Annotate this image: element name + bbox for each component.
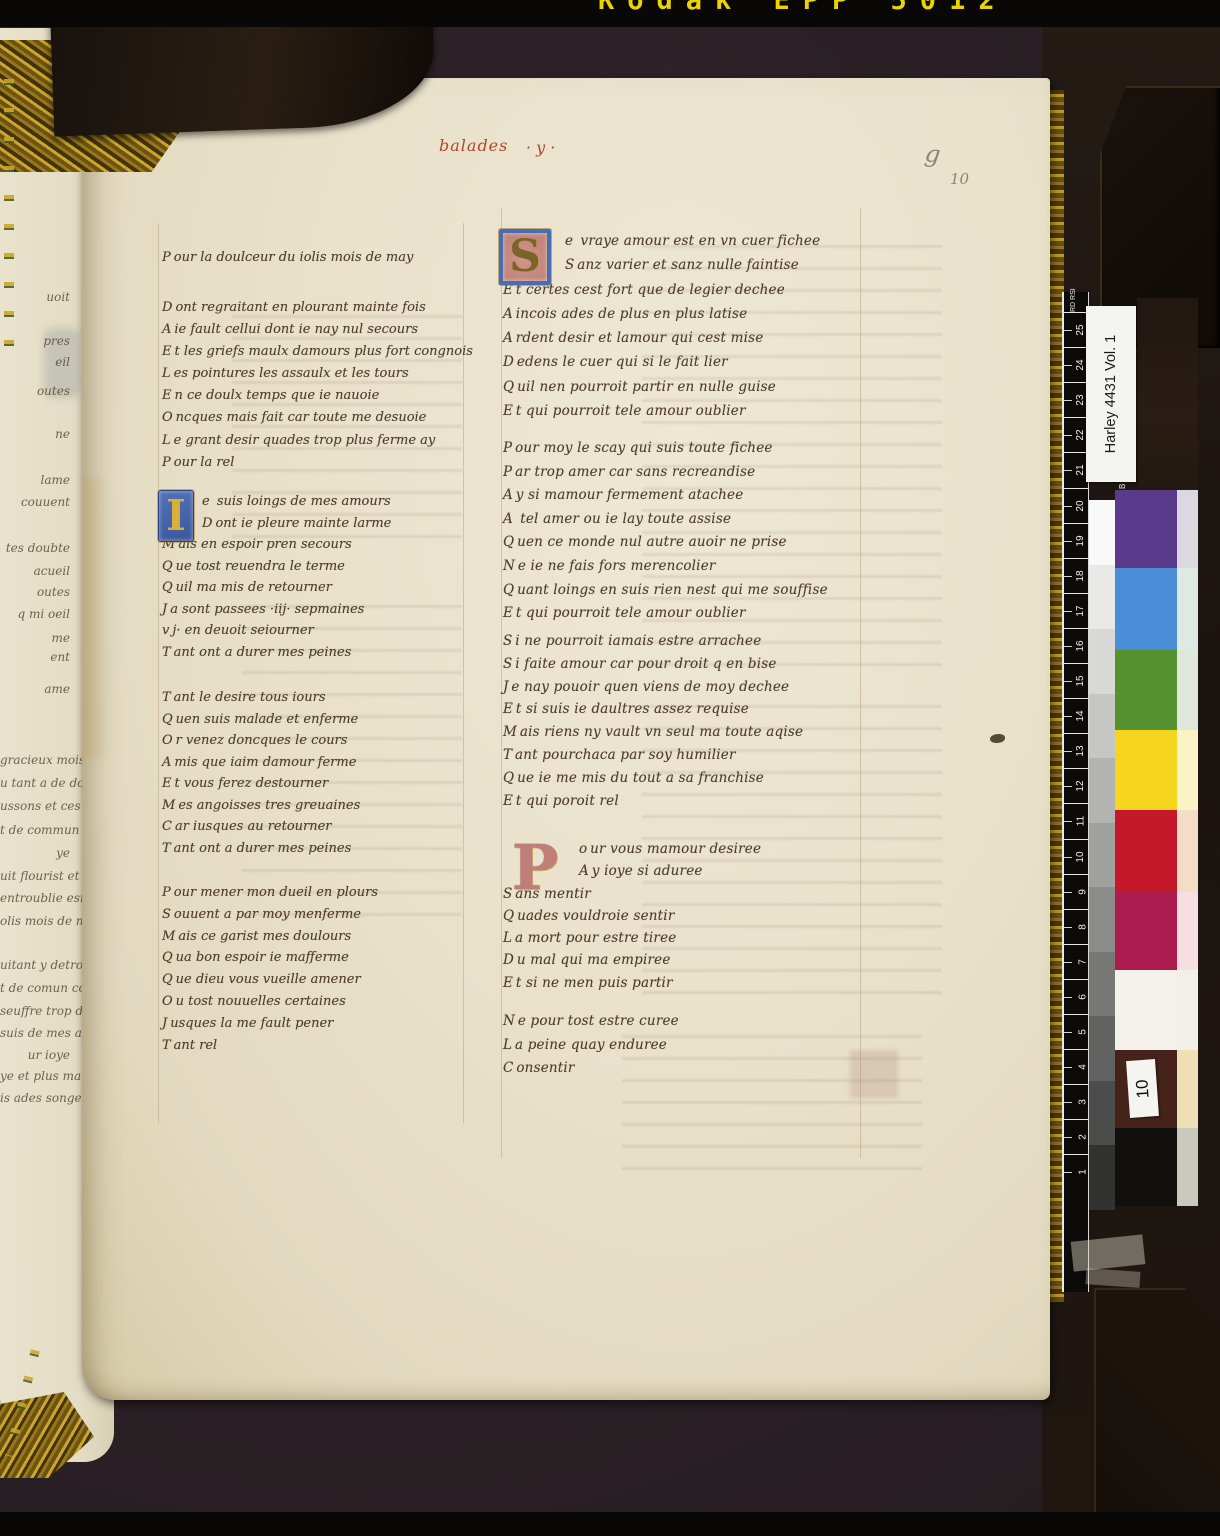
folio-number: 10 xyxy=(950,170,969,188)
ruler-cm-cell: 18 xyxy=(1064,558,1088,593)
verse-line: Or venez doncques le cours xyxy=(162,733,360,755)
tint-patch-green xyxy=(1177,650,1198,730)
color-patch-crimson xyxy=(1115,892,1177,970)
color-patch-green xyxy=(1115,650,1177,730)
calibration-ruler: RD RSI 252423222120191817161514131211109… xyxy=(1062,292,1089,1292)
page-fragment: ussons et ces bois xyxy=(0,799,70,813)
page-fragment: q mi oeil xyxy=(0,607,70,621)
color-patch-blue xyxy=(1115,568,1177,650)
verse-line: Quil nen pourroit partir en nulle guise xyxy=(503,379,820,403)
verse-line: Je nay pouoir quen viens de moy dechee xyxy=(503,679,803,702)
ruler-cm-cell: 10 xyxy=(1064,839,1088,874)
ruler-number: 22 xyxy=(1075,430,1086,441)
verse-line: Jusques la me fault pener xyxy=(162,1016,378,1038)
page-fragment: is ades songes amay xyxy=(0,1091,70,1105)
ruler-cm-cell: 20 xyxy=(1064,488,1088,523)
verse-line: Et qui poroit rel xyxy=(503,793,803,816)
ruler-cm-cell: 24 xyxy=(1064,347,1088,382)
verse-line: En ce doulx temps que ie nauoie xyxy=(162,388,473,410)
stanza: Dont regraitant en plourant mainte foisA… xyxy=(162,300,473,477)
verse-line: Si faite amour car pour droit q en bise xyxy=(503,656,803,679)
tint-patch-white xyxy=(1177,970,1198,1050)
ruler-number: 13 xyxy=(1075,746,1086,757)
verse-line: Et certes cest fort que de legier dechee xyxy=(503,282,820,306)
calibration-dark-patch xyxy=(1137,298,1198,492)
page-fragment: outes xyxy=(0,384,70,398)
verse-line: La peine quay enduree xyxy=(503,1037,679,1061)
page-fragment: uitant y detrois xyxy=(0,958,70,972)
verse-line: Et si ne men puis partir xyxy=(503,975,761,997)
verse-line: Aincois ades de plus en plus latise xyxy=(503,306,820,330)
ruler-number: 3 xyxy=(1078,1099,1089,1105)
page-fragment: outes xyxy=(0,585,70,599)
grayscale-step xyxy=(1089,887,1115,952)
verse-line: Consentir xyxy=(503,1060,679,1084)
verse-line: Si ne pourroit iamais estre arrachee xyxy=(503,633,803,656)
tint-patch-black xyxy=(1177,1128,1198,1206)
verse-line: Dont ie pleure mainte larme xyxy=(162,516,391,538)
shelfmark-text: Harley 4431 Vol. 1 xyxy=(1103,335,1119,454)
page-fragment: couuent xyxy=(0,495,70,509)
ruler-cm-cell: 11 xyxy=(1064,803,1088,838)
ruler-cm-cell: 16 xyxy=(1064,628,1088,663)
illuminated-initial-S: S xyxy=(499,229,551,285)
verse-line: Tant pourchaca par soy humilier xyxy=(503,747,803,770)
ruler-cm-cell: 23 xyxy=(1064,382,1088,417)
verse-line: Dont regraitant en plourant mainte fois xyxy=(162,300,473,322)
ruler-number: 11 xyxy=(1075,816,1086,826)
grayscale-step xyxy=(1089,694,1115,759)
verse-line: Quant loings en suis rien nest qui me so… xyxy=(503,582,828,606)
ruler-number: 7 xyxy=(1078,959,1089,965)
stanza: Tant le desire tous ioursQuen suis malad… xyxy=(162,690,360,862)
tint-patches xyxy=(1177,490,1198,1206)
verse-line: Car iusques au retourner xyxy=(162,819,360,841)
ruler-cm-cell: 19 xyxy=(1064,523,1088,558)
stanza: Pour vous mamour desireeAy ioye si adure… xyxy=(503,841,761,997)
quire-mark: g xyxy=(923,139,942,169)
gutter-stain xyxy=(82,478,110,758)
page-fragment: olis mois de may xyxy=(0,914,70,928)
cover-plaque-bottom xyxy=(1094,1288,1220,1514)
ruler-cm-cell: 3 xyxy=(1064,1084,1088,1119)
verse-line: Mais en espoir pren secours xyxy=(162,537,391,559)
film-strip-bottom xyxy=(0,1512,1220,1536)
page-fragment: ur ioye xyxy=(0,1048,70,1062)
bar-mark-b: B xyxy=(1118,477,1130,489)
tint-patch-red xyxy=(1177,810,1198,892)
verse-line: vj· en deuoit seiourner xyxy=(162,623,391,645)
illuminated-initial-P: P xyxy=(499,837,571,903)
verse-line: Mes angoisses tres greuaines xyxy=(162,798,360,820)
ruler-header: RD RSI xyxy=(1070,292,1086,312)
stanza: Ie suis loings de mes amoursDont ie pleu… xyxy=(162,494,391,666)
stanza: Ne pour tost estre cureeLa peine quay en… xyxy=(503,1013,679,1084)
page-fragment: eil xyxy=(0,355,70,369)
ruler-number: 25 xyxy=(1075,324,1086,335)
stanza: Pour la doulceur du iolis mois de may xyxy=(162,250,413,272)
verse-line: Pour mener mon dueil en plours xyxy=(162,885,378,907)
ruler-number: 20 xyxy=(1075,500,1086,511)
ruler-cm-cell: 21 xyxy=(1064,452,1088,487)
film-edge-code: Kodak EPP 5012 xyxy=(598,0,1058,16)
verse-line: Qua bon espoir ie mafferme xyxy=(162,950,378,972)
ruler-cm-cell: 12 xyxy=(1064,768,1088,803)
page-fragment: acueil xyxy=(0,564,70,578)
ruler-number: 10 xyxy=(1075,851,1086,862)
verse-line: Aie fault cellui dont ie nay nul secours xyxy=(162,322,473,344)
ruler-number: 2 xyxy=(1078,1135,1089,1141)
tint-patch-yellow xyxy=(1177,730,1198,810)
ruler-number: 5 xyxy=(1078,1029,1089,1035)
ruler-cm-cell: 7 xyxy=(1064,944,1088,979)
ruler-cm-cell: 15 xyxy=(1064,663,1088,698)
ruler-cm-cell: 13 xyxy=(1064,733,1088,768)
ruler-number: 21 xyxy=(1075,465,1086,476)
ruler-number: 14 xyxy=(1075,711,1086,722)
rubric-title: balades xyxy=(439,136,508,155)
verse-line: Amis que iaim damour ferme xyxy=(162,755,360,777)
tint-patch-blue xyxy=(1177,568,1198,650)
stanza: Si ne pourroit iamais estre arracheeSi f… xyxy=(503,633,803,815)
page-fragment: ent xyxy=(0,650,70,664)
ruler-cm-cell: 14 xyxy=(1064,698,1088,733)
grayscale-step xyxy=(1089,952,1115,1017)
manuscript-page: balades · y · g 10 Pour la doulceur du i… xyxy=(82,78,1050,1400)
grayscale-step xyxy=(1089,758,1115,823)
ink-blot xyxy=(990,734,1005,743)
verse-line: Que dieu vous vueille amener xyxy=(162,972,378,994)
verse-line: Et vous ferez destourner xyxy=(162,776,360,798)
verse-line: Que ie me mis du tout a sa franchise xyxy=(503,770,803,793)
tint-patch-crimson xyxy=(1177,892,1198,970)
page-fragment: t de commun cours xyxy=(0,823,70,837)
page-fragment: ame xyxy=(0,682,70,696)
folio-slate-label: 10 xyxy=(1126,1059,1159,1118)
film-strip-top: Kodak EPP 5012 xyxy=(0,0,1220,27)
ruler-number: 1 xyxy=(1078,1170,1089,1176)
verse-line: Le grant desir quades trop plus ferme ay xyxy=(162,433,473,455)
ruler-cm-cell: 1 xyxy=(1064,1154,1088,1189)
color-patch-white xyxy=(1115,970,1177,1050)
ruler-number: 12 xyxy=(1075,781,1086,792)
page-fragment: ne xyxy=(0,427,70,441)
tint-patch-brown xyxy=(1177,1050,1198,1128)
verse-line: Dedens le cuer qui si le fait lier xyxy=(503,354,820,378)
verse-line: Quades vouldroie sentir xyxy=(503,908,761,930)
verse-line: Du mal qui ma empiree xyxy=(503,952,761,974)
verse-line: Quen suis malade et enferme xyxy=(162,712,360,734)
ruler-number: 17 xyxy=(1075,605,1086,616)
ruler-cm-cell: 9 xyxy=(1064,874,1088,909)
verse-line: Par trop amer car sans recreandise xyxy=(503,464,828,488)
rubric-number: · y · xyxy=(526,138,555,157)
ruling-line xyxy=(158,223,159,1123)
ruler-cm-cell: 2 xyxy=(1064,1119,1088,1154)
ruler-cm-cell: 22 xyxy=(1064,417,1088,452)
grayscale-step xyxy=(1089,1016,1115,1081)
verse-line: Les pointures les assaulx et les tours xyxy=(162,366,473,388)
page-fragment: tes doubte xyxy=(0,541,70,555)
color-patch-yellow xyxy=(1115,730,1177,810)
verse-line: Ay si mamour fermement atachee xyxy=(503,487,828,511)
ruler-number: 9 xyxy=(1078,889,1089,895)
ruler-number: 16 xyxy=(1075,640,1086,651)
page-fragment: suis de mes amors xyxy=(0,1026,70,1040)
stanza: Se vraye amour est en vn cuer ficheeSanz… xyxy=(503,233,820,427)
ruler-number: 23 xyxy=(1075,395,1086,406)
ruler-cm-cell: 6 xyxy=(1064,979,1088,1014)
page-fragment: ye et plus mauoye xyxy=(0,1069,70,1083)
verse-line: La mort pour estre tiree xyxy=(503,930,761,952)
page-fragment: u tant a de doulcors xyxy=(0,776,70,790)
verse-line: Pour moy le scay qui suis toute fichee xyxy=(503,440,828,464)
grayscale-step xyxy=(1089,1081,1115,1146)
color-patch-red xyxy=(1115,810,1177,892)
verse-line: Quen ce monde nul autre auoir ne prise xyxy=(503,534,828,558)
page-fragment: ye xyxy=(0,846,70,860)
page-fragment: entroublie esmay xyxy=(0,891,70,905)
verse-line: Et si suis ie daultres assez requise xyxy=(503,701,803,724)
page-fragment: lame xyxy=(0,473,70,487)
grayscale-strip xyxy=(1089,500,1115,1210)
verse-line: Et qui pourroit tele amour oublier xyxy=(503,403,820,427)
ruler-number: 18 xyxy=(1075,570,1086,581)
grayscale-step xyxy=(1089,565,1115,630)
verse-line: Que tost reuendra le terme xyxy=(162,559,391,581)
illuminated-initial-I: I xyxy=(158,490,194,542)
grayscale-step xyxy=(1089,823,1115,888)
ruler-number: 24 xyxy=(1075,360,1086,371)
verse-line: Pour la doulceur du iolis mois de may xyxy=(162,250,413,272)
folio-slate-number: 10 xyxy=(1132,1078,1153,1098)
page-edge-jewels-top xyxy=(4,58,14,346)
stanza: Pour mener mon dueil en ploursSouuent a … xyxy=(162,885,378,1059)
ruler-number: 15 xyxy=(1075,675,1086,686)
verse-line: Quil ma mis de retourner xyxy=(162,580,391,602)
verse-line: Pour la rel xyxy=(162,455,473,477)
ruler-cm-cell: 17 xyxy=(1064,593,1088,628)
ruling-line xyxy=(501,208,502,1158)
ruler-cm-cell: 8 xyxy=(1064,909,1088,944)
verse-line: A tel amer ou ie lay toute assise xyxy=(503,511,828,535)
ruler-cm-cell: 25 xyxy=(1064,312,1088,347)
verse-line: Et les griefs maulx damours plus fort co… xyxy=(162,344,473,366)
verse-line: Tant ont a durer mes peines xyxy=(162,645,391,667)
color-patch-black xyxy=(1115,1128,1177,1206)
page-fragment: me xyxy=(0,631,70,645)
tint-patch-purple xyxy=(1177,490,1198,568)
bleedthrough-square xyxy=(850,1050,898,1098)
page-fragment: seuffre trop damais xyxy=(0,1004,70,1018)
verse-line: e suis loings de mes amours xyxy=(162,494,391,516)
verse-line: Ne ie ne fais fors merencolier xyxy=(503,558,828,582)
verse-line: Souuent a par moy menferme xyxy=(162,907,378,929)
grayscale-step xyxy=(1089,629,1115,694)
ruler-number: 6 xyxy=(1078,994,1089,1000)
stanza: Pour moy le scay qui suis toute ficheePa… xyxy=(503,440,828,629)
ruler-cm-cell: 5 xyxy=(1064,1014,1088,1049)
ruler-number: 8 xyxy=(1078,924,1089,930)
grayscale-step xyxy=(1089,1145,1115,1210)
verse-line: Ardent desir et lamour qui cest mise xyxy=(503,330,820,354)
shelfmark-label: Harley 4431 Vol. 1 xyxy=(1086,306,1136,482)
verse-line: Ne pour tost estre curee xyxy=(503,1013,679,1037)
verse-line: Ou tost nouuelles certaines xyxy=(162,994,378,1016)
verse-line: Oncques mais fait car toute me desuoie xyxy=(162,410,473,432)
verse-line: Tant ont a durer mes peines xyxy=(162,841,360,863)
page-fragment: uit flourist et verdoye xyxy=(0,869,70,883)
ruler-number: 4 xyxy=(1078,1064,1089,1070)
verse-line: Et qui pourroit tele amour oublier xyxy=(503,605,828,629)
verse-line: Ja sont passees ·iij· sepmaines xyxy=(162,602,391,624)
verse-line: Tant rel xyxy=(162,1038,378,1060)
initial-bowl-ornament xyxy=(521,841,557,877)
verse-line: Tant le desire tous iours xyxy=(162,690,360,712)
ruler-cm-cell: 4 xyxy=(1064,1049,1088,1084)
ruler-number: 19 xyxy=(1075,535,1086,546)
verse-line: Mais ce garist mes doulours xyxy=(162,929,378,951)
page-fragment: gracieux mois xyxy=(0,753,70,767)
page-fragment: t de comun cours xyxy=(0,981,70,995)
color-patch-purple xyxy=(1115,490,1177,568)
grayscale-step xyxy=(1089,500,1115,565)
verse-line: Mais riens ny vault vn seul ma toute aqi… xyxy=(503,724,803,747)
